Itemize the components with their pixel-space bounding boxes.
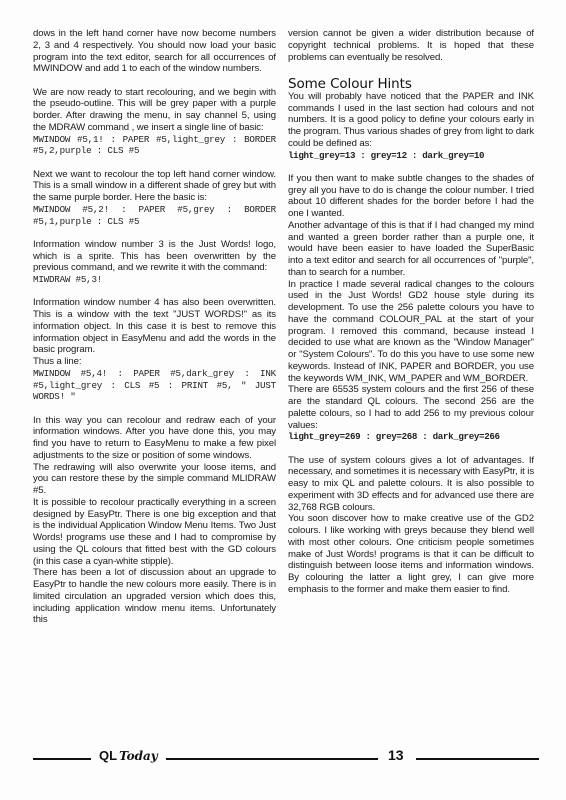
paragraph: We are now ready to start recolouring, a… <box>33 87 276 134</box>
paragraph: You will probably have noticed that the … <box>288 91 534 150</box>
page-footer: QLToday 13 <box>33 747 538 767</box>
paragraph: There are 65535 system colours and the f… <box>288 384 534 431</box>
paragraph: There has been a lot of discussion about… <box>33 567 276 626</box>
paragraph: Information window number 3 is the Just … <box>33 239 276 274</box>
paragraph: If you then want to make subtle changes … <box>288 173 534 220</box>
paragraph: version cannot be given a wider distribu… <box>288 28 534 63</box>
paragraph: dows in the left hand corner have now be… <box>33 28 276 75</box>
paragraph: In this way you can recolour and redraw … <box>33 415 276 462</box>
code-line: light_grey=269 : grey=268 : dark_grey=26… <box>288 431 534 443</box>
logo-today: Today <box>119 749 158 763</box>
paragraph: Next we want to recolour the top left ha… <box>33 169 276 204</box>
paragraph: You soon discover how to make creative u… <box>288 513 534 595</box>
paragraph: Information window number 4 has also bee… <box>33 297 276 356</box>
footer-rule <box>33 758 91 760</box>
code-line: MIWDRAW #5,3! <box>33 274 276 286</box>
left-column: dows in the left hand corner have now be… <box>33 28 276 626</box>
footer-rule <box>166 758 378 760</box>
section-heading: Some Colour Hints <box>288 75 534 91</box>
magazine-logo: QLToday <box>99 748 158 763</box>
code-line: MWINDOW #5,1! : PAPER #5,light_grey : BO… <box>33 134 276 158</box>
paragraph: The redrawing will also overwrite your l… <box>33 462 276 497</box>
paragraph: It is possible to recolour practically e… <box>33 497 276 568</box>
code-line: light_grey=13 : grey=12 : dark_grey=10 <box>288 150 534 162</box>
paragraph: In practice I made several radical chang… <box>288 279 534 385</box>
code-line: MWINDOW #5,2! : PAPER #5,grey : BORDER #… <box>33 204 276 228</box>
footer-rule <box>416 758 539 760</box>
paragraph: Another advantage of this is that if I h… <box>288 220 534 279</box>
right-column: version cannot be given a wider distribu… <box>288 28 534 596</box>
page-number: 13 <box>388 747 404 763</box>
paragraph: The use of system colours gives a lot of… <box>288 455 534 514</box>
paragraph: Thus a line: <box>33 356 276 368</box>
logo-ql: QL <box>99 748 117 763</box>
code-line: MWINDOW #5,4! : PAPER #5,dark_grey : INK… <box>33 368 276 403</box>
